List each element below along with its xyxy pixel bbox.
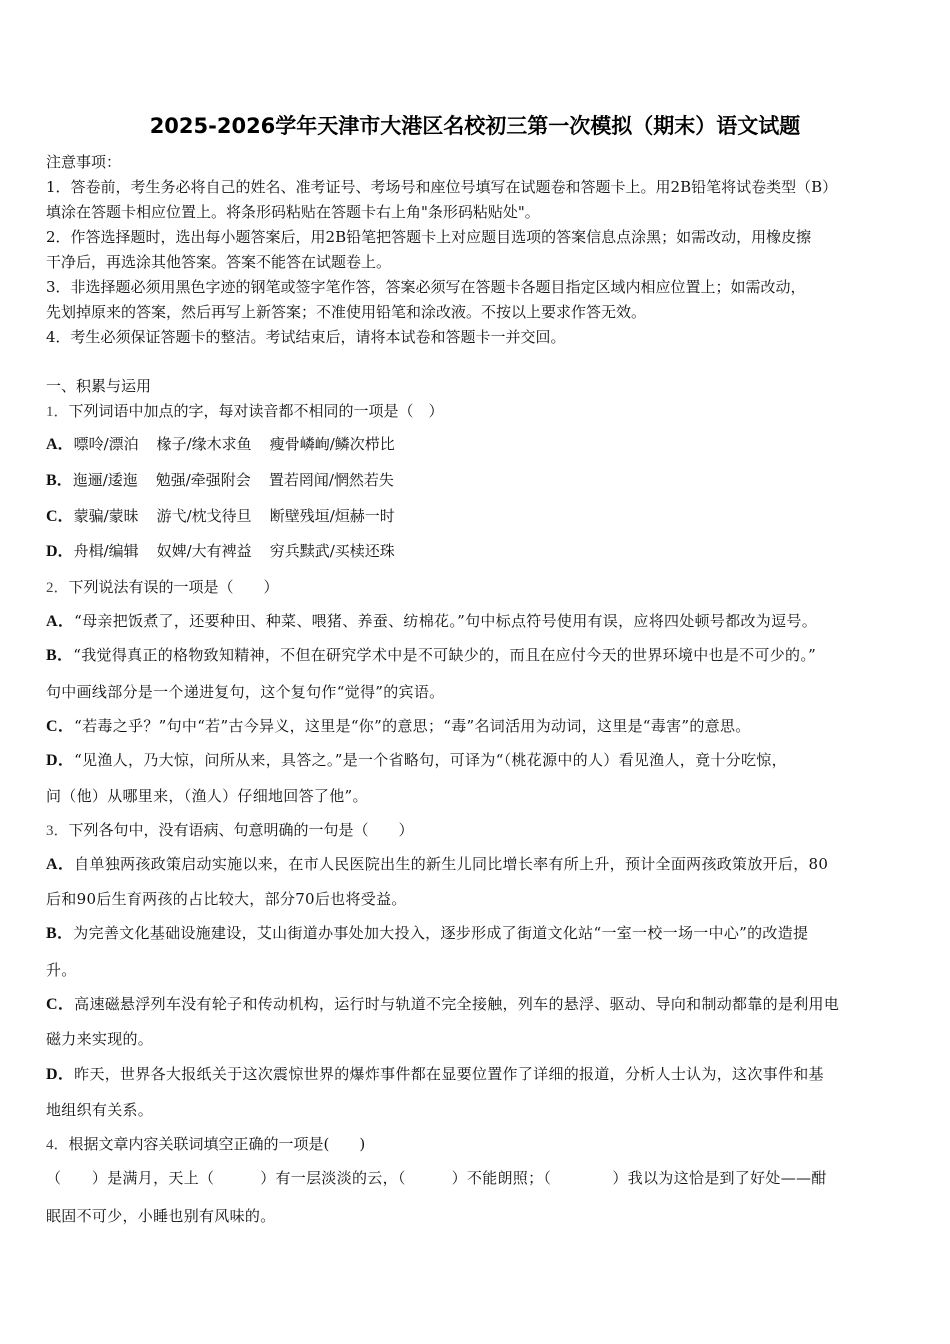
option-letter: D． <box>46 1066 74 1083</box>
question-number: 2． <box>46 580 69 596</box>
question-4-passage-line-2: 眠固不可少，小睡也别有风味的。 <box>46 1206 276 1226</box>
notice-line-4: 干净后，再选涂其他答案。答案不能答在试题卷上。 <box>46 252 391 272</box>
question-3-option-b: B．为完善文化基础设施建设，艾山街道办事处加大投入，逐步形成了街道文化站“一室一… <box>46 923 808 944</box>
question-1-option-d: D．舟楫/编辑奴婢/大有裨益穷兵黩武/买椟还珠 <box>46 541 395 562</box>
option-group: 穷兵黩武/买椟还珠 <box>270 542 395 560</box>
question-2-option-c: C．“若毒之乎？”句中“若”古今异义，这里是“你”的意思；“毒”名词活用为动词，… <box>46 716 751 737</box>
option-letter: A． <box>46 613 74 630</box>
question-3-option-a-cont: 后和90后生育两孩的占比较大，部分70后也将受益。 <box>46 889 407 909</box>
question-2-option-d: D．“见渔人，乃大惊，问所从来，具答之。”是一个省略句，可译为“（桃花源中的人）… <box>46 750 787 771</box>
question-number: 3． <box>46 823 69 839</box>
question-3-option-c: C．高速磁悬浮列车没有轮子和传动机构，运行时与轨道不完全接触，列车的悬浮、驱动、… <box>46 994 839 1015</box>
section-heading: 一、积累与运用 <box>46 376 151 396</box>
notice-line-7: 4．考生必须保证答题卡的整洁。考试结束后，请将本试卷和答题卡一并交回。 <box>46 327 566 347</box>
question-2-stem: 2．下列说法有误的一项是（ ） <box>46 577 279 598</box>
option-group: 嘌呤/漂泊 <box>74 435 139 453</box>
question-text: 下列各句中，没有语病、句意明确的一句是（ ） <box>69 821 414 839</box>
question-text: 根据文章内容关联词填空正确的一项是( ) <box>69 1135 366 1153</box>
option-group: 瘦骨嶙峋/鳞次栉比 <box>270 435 395 453</box>
option-letter: C． <box>46 718 74 735</box>
question-2-option-a: A．“母亲把饭煮了，还要种田、种菜、喂猪、养蚕、纺棉花。”句中标点符号使用有误，… <box>46 611 817 632</box>
option-text: “我觉得真正的格物致知精神，不但在研究学术中是不可缺少的，而且在应付今天的世界环… <box>73 646 816 664</box>
option-group: 勉强/牵强附会 <box>156 471 251 489</box>
document-title: 2025-2026学年天津市大港区名校初三第一次模拟（期末）语文试题 <box>0 110 950 140</box>
question-number: 4． <box>46 1137 69 1153</box>
option-group: 蒙骗/蒙昧 <box>74 507 139 525</box>
option-group: 舟楫/编辑 <box>74 542 139 560</box>
notice-line-3: 2．作答选择题时，选出每小题答案后，用2B铅笔把答题卡上对应题目选项的答案信息点… <box>46 227 811 247</box>
option-group: 置若罔闻/惘然若失 <box>269 471 394 489</box>
option-letter: C． <box>46 508 74 525</box>
question-2-option-d-cont: 问（他）从哪里来，（渔人）仔细地回答了他”。 <box>46 786 368 806</box>
question-3-stem: 3．下列各句中，没有语病、句意明确的一句是（ ） <box>46 820 414 841</box>
question-1-option-c: C．蒙骗/蒙昧游弋/枕戈待旦断壁残垣/烜赫一时 <box>46 506 395 527</box>
question-4-stem: 4．根据文章内容关联词填空正确的一项是( ) <box>46 1134 365 1155</box>
question-text: 下列说法有误的一项是（ ） <box>69 578 279 596</box>
question-3-option-b-cont: 升。 <box>46 960 77 980</box>
question-4-passage-line-1: （ ）是满月，天上（ ）有一层淡淡的云，（ ）不能朗照；（ ）我以为这恰是到了好… <box>46 1168 827 1188</box>
option-text: 高速磁悬浮列车没有轮子和传动机构，运行时与轨道不完全接触，列车的悬浮、驱动、导向… <box>74 995 839 1013</box>
option-letter: C． <box>46 996 74 1013</box>
option-text: 为完善文化基础设施建设，艾山街道办事处加大投入，逐步形成了街道文化站“一室一校一… <box>73 924 808 942</box>
question-1-stem: 1．下列词语中加点的字，每对读音都不相同的一项是（ ） <box>46 401 444 422</box>
question-1-option-b: B．迤逦/逶迤勉强/牵强附会置若罔闻/惘然若失 <box>46 470 394 491</box>
option-text: “若毒之乎？”句中“若”古今异义，这里是“你”的意思；“毒”名词活用为动词，这里… <box>74 717 750 735</box>
option-letter: B． <box>46 925 73 942</box>
question-3-option-d-cont: 地组织有关系。 <box>46 1100 153 1120</box>
question-2-option-b-cont: 句中画线部分是一个递进复句，这个复句作“觉得”的宾语。 <box>46 682 444 702</box>
option-text: “见渔人，乃大惊，问所从来，具答之。”是一个省略句，可译为“（桃花源中的人）看见… <box>74 751 787 769</box>
option-group: 断壁残垣/烜赫一时 <box>270 507 395 525</box>
notice-heading: 注意事项： <box>46 152 121 172</box>
option-text: 昨天，世界各大报纸关于这次震惊世界的爆炸事件都在显要位置作了详细的报道，分析人士… <box>74 1065 824 1083</box>
question-3-option-c-cont: 磁力来实现的。 <box>46 1029 153 1049</box>
option-letter: A． <box>46 856 74 873</box>
option-letter: A． <box>46 436 74 453</box>
question-2-option-b: B．“我觉得真正的格物致知精神，不但在研究学术中是不可缺少的，而且在应付今天的世… <box>46 645 816 666</box>
option-letter: D． <box>46 543 74 560</box>
option-text: “母亲把饭煮了，还要种田、种菜、喂猪、养蚕、纺棉花。”句中标点符号使用有误，应将… <box>74 612 817 630</box>
option-letter: B． <box>46 647 73 664</box>
exam-page: 2025-2026学年天津市大港区名校初三第一次模拟（期末）语文试题 注意事项：… <box>0 0 950 1344</box>
question-text: 下列词语中加点的字，每对读音都不相同的一项是（ ） <box>69 402 444 420</box>
option-letter: D． <box>46 752 74 769</box>
option-group: 游弋/枕戈待旦 <box>157 507 252 525</box>
question-number: 1． <box>46 404 69 420</box>
option-group: 椽子/缘木求鱼 <box>157 435 252 453</box>
option-letter: B． <box>46 472 73 489</box>
question-1-option-a: A．嘌呤/漂泊椽子/缘木求鱼瘦骨嶙峋/鳞次栉比 <box>46 434 395 455</box>
notice-line-5: 3．非选择题必须用黑色字迹的钢笔或签字笔作答，答案必须写在答题卡各题目指定区域内… <box>46 277 806 297</box>
option-text: 自单独两孩政策启动实施以来，在市人民医院出生的新生儿同比增长率有所上升，预计全面… <box>74 855 828 873</box>
notice-line-6: 先划掉原来的答案，然后再写上新答案；不准使用铅笔和涂改液。不按以上要求作答无效。 <box>46 302 646 322</box>
notice-line-1: 1．答卷前，考生务必将自己的姓名、准考证号、考场号和座位号填写在试题卷和答题卡上… <box>46 177 837 197</box>
question-3-option-d: D．昨天，世界各大报纸关于这次震惊世界的爆炸事件都在显要位置作了详细的报道，分析… <box>46 1064 824 1085</box>
option-group: 奴婢/大有裨益 <box>157 542 252 560</box>
option-group: 迤逦/逶迤 <box>73 471 138 489</box>
question-3-option-a: A．自单独两孩政策启动实施以来，在市人民医院出生的新生儿同比增长率有所上升，预计… <box>46 854 828 875</box>
notice-line-2: 填涂在答题卡相应位置上。将条形码粘贴在答题卡右上角"条形码粘贴处"。 <box>46 202 540 222</box>
